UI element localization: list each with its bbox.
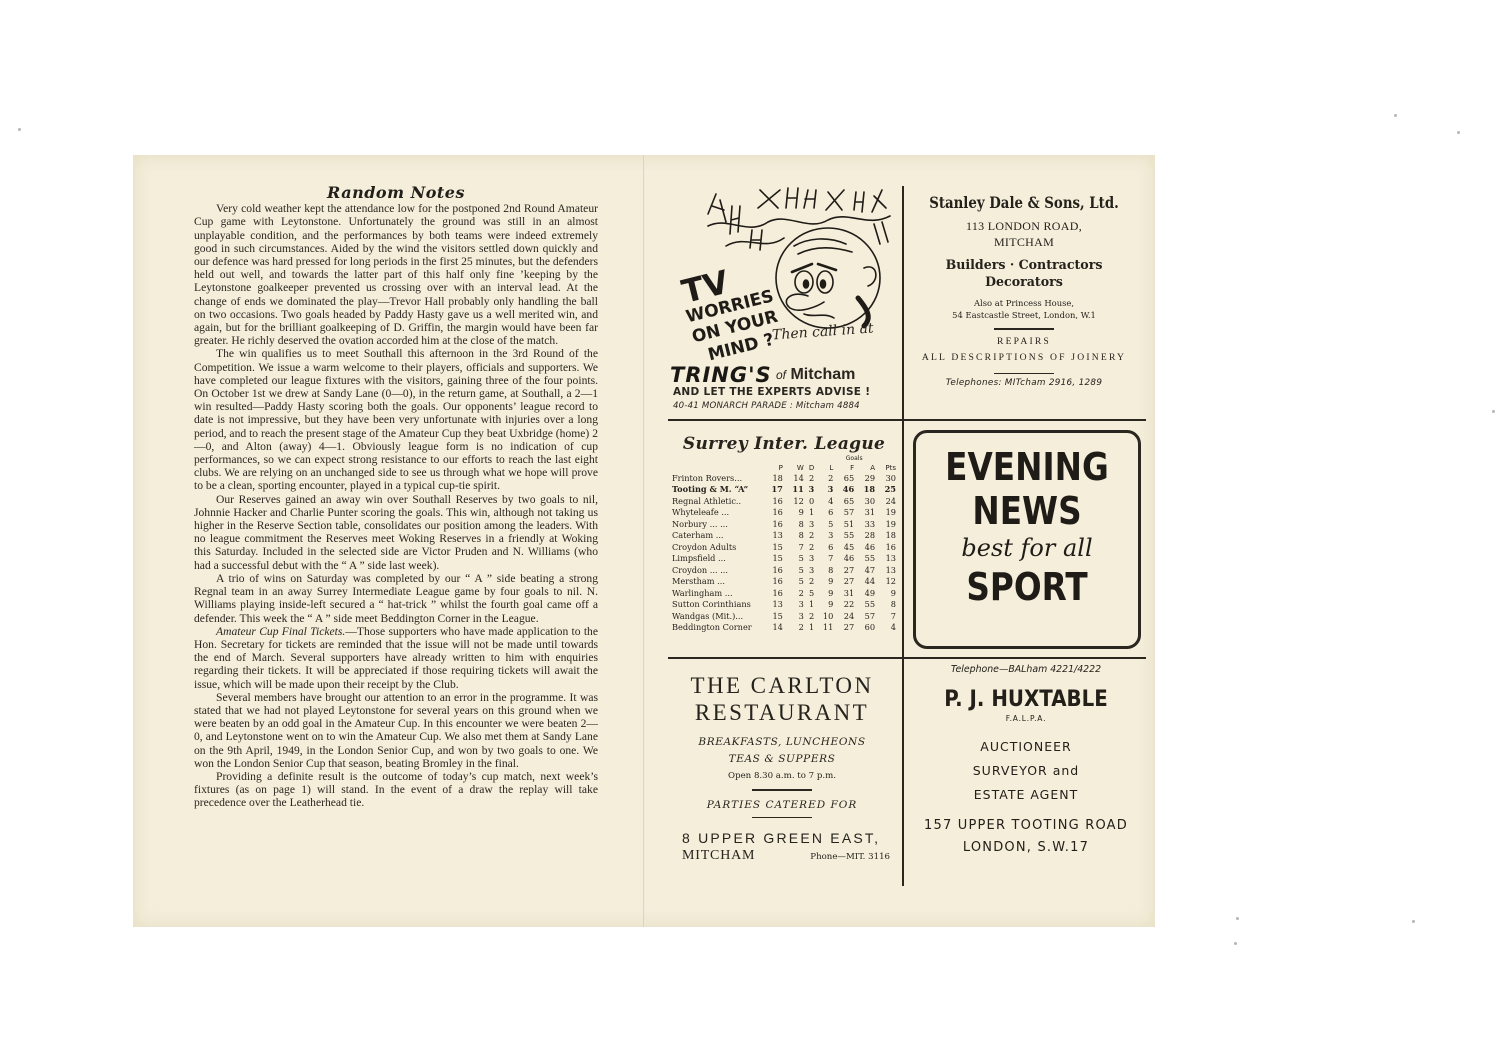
stat-d: 2 (804, 472, 814, 484)
league-row: Wandgas (Mit.)...15321024577 (672, 610, 896, 622)
dale-branch: Also at Princess House, 54 Eastcastle St… (906, 297, 1142, 321)
stat-d: 2 (804, 576, 814, 588)
carlton-name: THE CARLTON RESTAURANT (668, 672, 896, 726)
stat-d: 3 (804, 484, 814, 496)
stat-pts: 18 (875, 530, 896, 542)
stat-w: 2 (783, 622, 804, 634)
league-row: Caterham ...13823552818 (672, 530, 896, 542)
stat-f: 46 (833, 484, 854, 496)
dale-trades: Builders · Contractors Decorators (906, 256, 1142, 290)
carlton-town: MITCHAM (682, 848, 755, 864)
stat-a: 28 (854, 530, 875, 542)
league-column-header: A (854, 463, 875, 472)
stat-a: 49 (854, 587, 875, 599)
league-table-section: Surrey Inter. League Goals PWDLFAPts Fri… (672, 434, 896, 633)
stat-f: 45 (833, 541, 854, 553)
stat-f: 51 (833, 518, 854, 530)
row-divider (668, 657, 1146, 659)
evening-news-tagline: best for all (916, 533, 1138, 563)
stat-p: 16 (762, 507, 783, 519)
league-row: Warlingham ...1625931499 (672, 587, 896, 599)
league-column-header: D (804, 463, 814, 472)
stat-pts: 30 (875, 472, 896, 484)
notes-paragraph: A trio of wins on Saturday was completed… (194, 572, 598, 625)
team-name: Frinton Rovers... (672, 472, 762, 484)
stat-w: 5 (783, 576, 804, 588)
dust-speck (1234, 942, 1237, 945)
stat-a: 30 (854, 495, 875, 507)
stat-w: 8 (783, 518, 804, 530)
stat-a: 29 (854, 472, 875, 484)
league-column-header: Pts (875, 463, 896, 472)
stat-f: 27 (833, 564, 854, 576)
stat-a: 46 (854, 541, 875, 553)
stat-pts: 4 (875, 622, 896, 634)
stat-l: 10 (814, 610, 833, 622)
team-name: Tooting & M. “A” (672, 484, 762, 496)
league-row: Whyteleafe ...16916573119 (672, 507, 896, 519)
stat-w: 11 (783, 484, 804, 496)
stat-w: 3 (783, 610, 804, 622)
notes-paragraph-tickets: Amateur Cup Final Tickets.—Those support… (194, 625, 598, 691)
huxtable-roles: AUCTIONEER SURVEYOR and ESTATE AGENT (906, 735, 1146, 807)
stat-p: 18 (762, 472, 783, 484)
stat-f: 27 (833, 576, 854, 588)
notes-paragraph: Very cold weather kept the attendance lo… (194, 202, 598, 347)
stat-l: 3 (814, 530, 833, 542)
carlton-meals: BREAKFASTS, LUNCHEONS TEAS & SUPPERS (668, 734, 896, 768)
carlton-town-phone: MITCHAM Phone—MIT. 3116 (682, 848, 890, 864)
stat-pts: 13 (875, 553, 896, 565)
stat-l: 6 (814, 541, 833, 553)
divider (994, 328, 1054, 330)
divider (752, 817, 812, 819)
evening-news-line3: SPORT (932, 565, 1123, 609)
team-name: Norbury ... ... (672, 518, 762, 530)
carlton-phone: Phone—MIT. 3116 (810, 852, 890, 862)
stat-w: 3 (783, 599, 804, 611)
stat-pts: 25 (875, 484, 896, 496)
stat-f: 24 (833, 610, 854, 622)
stat-f: 57 (833, 507, 854, 519)
stat-d: 2 (804, 610, 814, 622)
stat-l: 4 (814, 495, 833, 507)
stat-a: 31 (854, 507, 875, 519)
centre-fold (643, 155, 645, 927)
stat-p: 15 (762, 553, 783, 565)
carlton-address: 8 UPPER GREEN EAST, (682, 830, 896, 846)
stat-a: 60 (854, 622, 875, 634)
stat-p: 17 (762, 484, 783, 496)
stat-p: 13 (762, 530, 783, 542)
stat-f: 65 (833, 495, 854, 507)
league-row: Merstham ...16529274412 (672, 576, 896, 588)
huxtable-address: 157 UPPER TOOTING ROAD LONDON, S.W.17 (906, 815, 1146, 859)
league-column-header: F (833, 463, 854, 472)
stat-d: 1 (804, 599, 814, 611)
goals-header: Goals (833, 454, 875, 463)
dale-company-name: Stanley Dale & Sons, Ltd. (923, 193, 1126, 212)
divider (752, 789, 812, 791)
column-divider (902, 186, 904, 886)
league-row: Frinton Rovers...181422652930 (672, 472, 896, 484)
league-column-header: P (762, 463, 783, 472)
stat-pts: 13 (875, 564, 896, 576)
stat-w: 9 (783, 507, 804, 519)
stat-p: 16 (762, 576, 783, 588)
league-table: Goals PWDLFAPts Frinton Rovers...1814226… (672, 454, 896, 633)
stat-l: 6 (814, 507, 833, 519)
stat-pts: 8 (875, 599, 896, 611)
dust-speck (1412, 920, 1415, 923)
stat-p: 15 (762, 610, 783, 622)
stat-pts: 12 (875, 576, 896, 588)
stat-w: 12 (783, 495, 804, 507)
dust-speck (1394, 114, 1397, 117)
league-title: Surrey Inter. League (672, 434, 896, 454)
carlton-restaurant-advert: THE CARLTON RESTAURANT BREAKFASTS, LUNCH… (668, 672, 896, 864)
dust-speck (18, 128, 21, 131)
huxtable-advert: Telephone—BALham 4221/4222 P. J. HUXTABL… (906, 664, 1146, 859)
league-row: Tooting & M. “A”171133461825 (672, 484, 896, 496)
team-name: Wandgas (Mit.)... (672, 610, 762, 622)
evening-news-line2: NEWS (932, 489, 1123, 533)
league-row: Croydon Adults15726454616 (672, 541, 896, 553)
stat-f: 22 (833, 599, 854, 611)
dale-repairs: REPAIRS ALL DESCRIPTIONS OF JOINERY (906, 334, 1142, 366)
league-column-header: L (814, 463, 833, 472)
tickets-heading: Amateur Cup Final Tickets. (216, 625, 345, 638)
team-name: Warlingham ... (672, 587, 762, 599)
stat-l: 9 (814, 599, 833, 611)
random-notes-article: Random Notes Very cold weather kept the … (194, 186, 598, 810)
stat-l: 9 (814, 576, 833, 588)
trings-brand: TRING'S (670, 363, 772, 387)
stat-d: 2 (804, 530, 814, 542)
dale-address: 113 LONDON ROAD, MITCHAM (906, 218, 1142, 250)
stat-a: 55 (854, 553, 875, 565)
stat-pts: 24 (875, 495, 896, 507)
team-name: Beddington Corner (672, 622, 762, 634)
stat-d: 3 (804, 518, 814, 530)
league-row: Limpsfield ...15537465513 (672, 553, 896, 565)
notes-paragraph: Providing a definite result is the outco… (194, 770, 598, 810)
stat-w: 14 (783, 472, 804, 484)
stat-a: 44 (854, 576, 875, 588)
stat-pts: 19 (875, 518, 896, 530)
stat-p: 16 (762, 587, 783, 599)
stat-pts: 9 (875, 587, 896, 599)
stat-p: 16 (762, 518, 783, 530)
stat-f: 46 (833, 553, 854, 565)
stat-a: 55 (854, 599, 875, 611)
notes-paragraph: The win qualifies us to meet Southall th… (194, 347, 598, 492)
stat-d: 1 (804, 507, 814, 519)
trings-advise: AND LET THE EXPERTS ADVISE ! (673, 386, 870, 398)
stat-l: 11 (814, 622, 833, 634)
stat-l: 3 (814, 484, 833, 496)
league-row: Beddington Corner14211127604 (672, 622, 896, 634)
stat-l: 7 (814, 553, 833, 565)
evening-news-advert: EVENING NEWS best for all SPORT (913, 430, 1141, 649)
team-name: Croydon Adults (672, 541, 762, 553)
team-name: Caterham ... (672, 530, 762, 542)
league-row: Norbury ... ...16835513319 (672, 518, 896, 530)
stat-a: 57 (854, 610, 875, 622)
stat-f: 27 (833, 622, 854, 634)
stat-p: 16 (762, 564, 783, 576)
stat-w: 5 (783, 564, 804, 576)
team-name: Limpsfield ... (672, 553, 762, 565)
carlton-parties: PARTIES CATERED FOR (668, 799, 896, 811)
stat-d: 2 (804, 541, 814, 553)
stat-p: 13 (762, 599, 783, 611)
stat-d: 3 (804, 553, 814, 565)
huxtable-telephone: Telephone—BALham 4221/4222 (906, 664, 1146, 675)
stat-pts: 19 (875, 507, 896, 519)
team-name: Whyteleafe ... (672, 507, 762, 519)
team-name: Regnal Athletic.. (672, 495, 762, 507)
stat-a: 33 (854, 518, 875, 530)
team-name: Croydon ... ... (672, 564, 762, 576)
stat-f: 65 (833, 472, 854, 484)
stat-w: 8 (783, 530, 804, 542)
dust-speck (1457, 131, 1460, 134)
stat-f: 31 (833, 587, 854, 599)
stat-l: 9 (814, 587, 833, 599)
stat-d: 0 (804, 495, 814, 507)
stat-w: 5 (783, 553, 804, 565)
league-column-header: W (783, 463, 804, 472)
dale-telephones: Telephones: MITcham 2916, 1289 (906, 378, 1142, 388)
row-divider (668, 419, 1146, 421)
divider (994, 373, 1054, 375)
trings-town: of Mitcham (776, 366, 855, 384)
stat-f: 55 (833, 530, 854, 542)
team-name: Sutton Corinthians (672, 599, 762, 611)
notes-paragraph: Several members have brought our attenti… (194, 691, 598, 770)
stat-l: 8 (814, 564, 833, 576)
stat-l: 2 (814, 472, 833, 484)
huxtable-qualifications: F.A.L.P.A. (906, 714, 1146, 723)
stat-p: 16 (762, 495, 783, 507)
league-row: Regnal Athletic..161204653024 (672, 495, 896, 507)
league-row: Croydon ... ...16538274713 (672, 564, 896, 576)
league-row: Sutton Corinthians1331922558 (672, 599, 896, 611)
stat-l: 5 (814, 518, 833, 530)
stat-p: 14 (762, 622, 783, 634)
dust-speck (1236, 917, 1239, 920)
team-name: Merstham ... (672, 576, 762, 588)
stat-pts: 7 (875, 610, 896, 622)
trings-address: 40-41 MONARCH PARADE : Mitcham 4884 (673, 401, 860, 411)
stat-pts: 16 (875, 541, 896, 553)
stat-d: 5 (804, 587, 814, 599)
stat-a: 18 (854, 484, 875, 496)
stat-a: 47 (854, 564, 875, 576)
stat-d: 1 (804, 622, 814, 634)
notes-paragraph: Our Reserves gained an away win over Sou… (194, 493, 598, 572)
stat-d: 3 (804, 564, 814, 576)
huxtable-name: P. J. HUXTABLE (918, 687, 1134, 712)
stat-p: 15 (762, 541, 783, 553)
evening-news-line1: EVENING (932, 445, 1123, 489)
stat-w: 7 (783, 541, 804, 553)
dust-speck (1492, 410, 1495, 413)
carlton-hours: Open 8.30 a.m. to 7 p.m. (668, 771, 896, 781)
stat-w: 2 (783, 587, 804, 599)
random-notes-heading: Random Notes (194, 186, 598, 199)
stanley-dale-advert: Stanley Dale & Sons, Ltd. 113 LONDON ROA… (906, 190, 1142, 388)
trings-tv-advert: TV WORRIES ON YOUR MIND ? Then call in a… (668, 186, 900, 416)
